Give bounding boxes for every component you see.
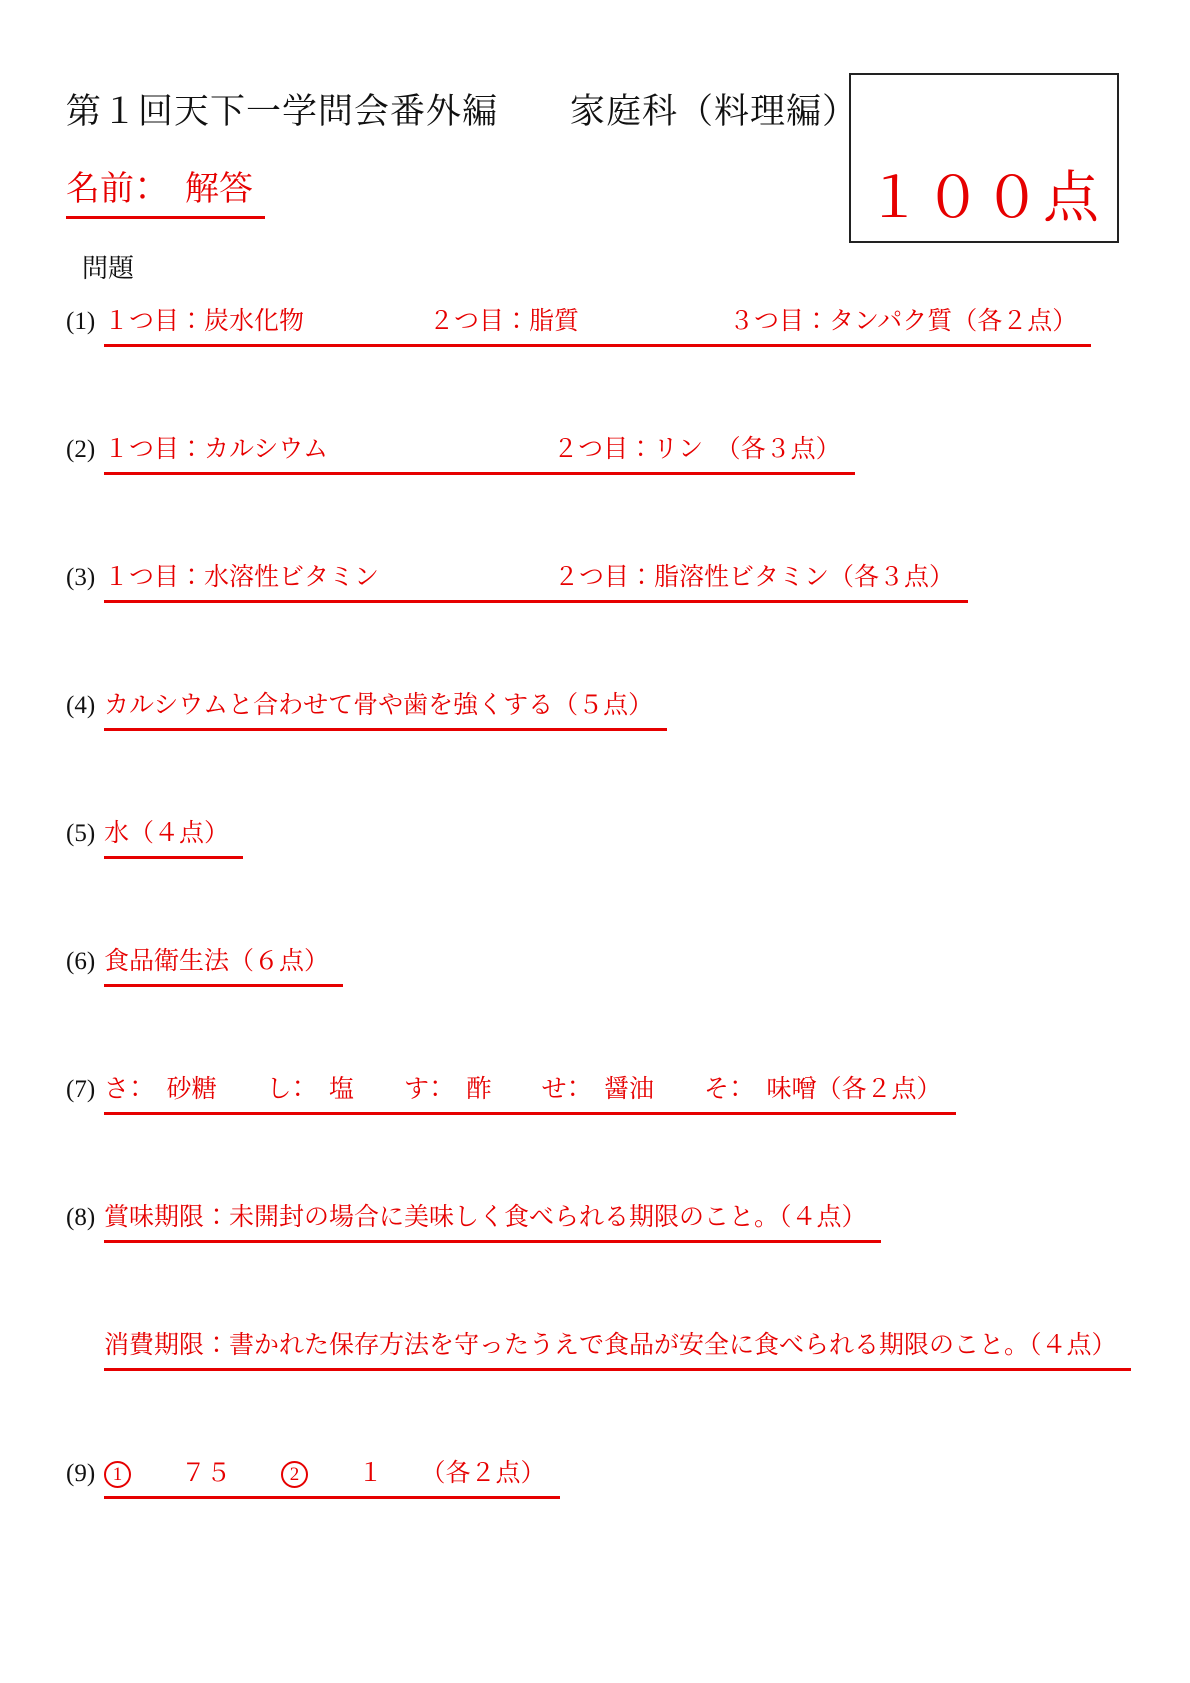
- question-answer: 賞味期限：未開封の場合に美味しく食べられる期限のこと。（４点）: [104, 1202, 881, 1243]
- question-row: (8)賞味期限：未開封の場合に美味しく食べられる期限のこと。（４点）: [66, 1202, 1186, 1330]
- question-answer: 水（４点）: [104, 818, 243, 859]
- question-row: (2)１つ目：カルシウム ２つ目：リン （各３点）: [66, 434, 1186, 562]
- question-number: (4): [66, 690, 104, 723]
- answer-text: カルシウムと合わせて骨や歯を強くする（５点）: [104, 692, 653, 719]
- section-label: 問題: [82, 248, 134, 285]
- answer-text: 食品衛生法（６点）: [104, 948, 329, 975]
- question-row: 消費期限：書かれた保存方法を守ったうえで食品が安全に食べられる期限のこと。（４点…: [66, 1330, 1186, 1458]
- question-number: (7): [66, 1074, 104, 1107]
- question-answer: 食品衛生法（６点）: [104, 946, 343, 987]
- name-field: 名前： 解答: [66, 170, 265, 219]
- question-number: (6): [66, 946, 104, 979]
- question-row: (7)さ： 砂糖 し： 塩 す： 酢 せ： 醤油 そ： 味噌（各２点）: [66, 1074, 1186, 1202]
- question-row: (5)水（４点）: [66, 818, 1186, 946]
- question-answer: 1 ７５ 2 １ （各２点）: [104, 1458, 560, 1499]
- question-number: (3): [66, 562, 104, 595]
- page-title: 第１回天下一学問会番外編 家庭科（料理編）: [66, 84, 858, 134]
- question-number: (2): [66, 434, 104, 467]
- answer-text: １つ目：炭水化物 ２つ目：脂質 ３つ目：タンパク質（各２点）: [104, 308, 1077, 335]
- question-number: (1): [66, 306, 104, 339]
- question-number: (9): [66, 1458, 104, 1491]
- answer-text: ７５: [131, 1460, 281, 1487]
- question-row: (3)１つ目：水溶性ビタミン ２つ目：脂溶性ビタミン（各３点）: [66, 562, 1186, 690]
- question-answer: １つ目：カルシウム ２つ目：リン （各３点）: [104, 434, 855, 475]
- question-list: (1)１つ目：炭水化物 ２つ目：脂質 ３つ目：タンパク質（各２点）(2)１つ目：…: [66, 306, 1186, 1586]
- question-answer: カルシウムと合わせて骨や歯を強くする（５点）: [104, 690, 667, 731]
- answer-text: さ： 砂糖 し： 塩 す： 酢 せ： 醤油 そ： 味噌（各２点）: [104, 1076, 942, 1103]
- score-value: １００点: [866, 171, 1102, 227]
- question-row: (4)カルシウムと合わせて骨や歯を強くする（５点）: [66, 690, 1186, 818]
- question-row: (1)１つ目：炭水化物 ２つ目：脂質 ３つ目：タンパク質（各２点）: [66, 306, 1186, 434]
- question-number: (5): [66, 818, 104, 851]
- answer-text: 賞味期限：未開封の場合に美味しく食べられる期限のこと。（４点）: [104, 1204, 867, 1231]
- question-answer: 消費期限：書かれた保存方法を守ったうえで食品が安全に食べられる期限のこと。（４点…: [104, 1330, 1131, 1371]
- question-row: (6)食品衛生法（６点）: [66, 946, 1186, 1074]
- question-answer: さ： 砂糖 し： 塩 す： 酢 せ： 醤油 そ： 味噌（各２点）: [104, 1074, 956, 1115]
- circled-number: 1: [104, 1461, 131, 1488]
- answer-text: 水（４点）: [104, 820, 229, 847]
- answer-text: １つ目：水溶性ビタミン ２つ目：脂溶性ビタミン（各３点）: [104, 564, 954, 591]
- circled-number: 2: [281, 1461, 308, 1488]
- answer-text: 消費期限：書かれた保存方法を守ったうえで食品が安全に食べられる期限のこと。（４点…: [104, 1332, 1117, 1359]
- answer-text: １ （各２点）: [308, 1460, 546, 1487]
- question-number: (8): [66, 1202, 104, 1235]
- question-row: (9)1 ７５ 2 １ （各２点）: [66, 1458, 1186, 1586]
- question-answer: １つ目：水溶性ビタミン ２つ目：脂溶性ビタミン（各３点）: [104, 562, 968, 603]
- score-box: １００点: [849, 73, 1119, 243]
- answer-sheet-page: 第１回天下一学問会番外編 家庭科（料理編） １００点 名前： 解答 問題 (1)…: [0, 0, 1190, 1683]
- answer-text: １つ目：カルシウム ２つ目：リン （各３点）: [104, 436, 841, 463]
- question-answer: １つ目：炭水化物 ２つ目：脂質 ３つ目：タンパク質（各２点）: [104, 306, 1091, 347]
